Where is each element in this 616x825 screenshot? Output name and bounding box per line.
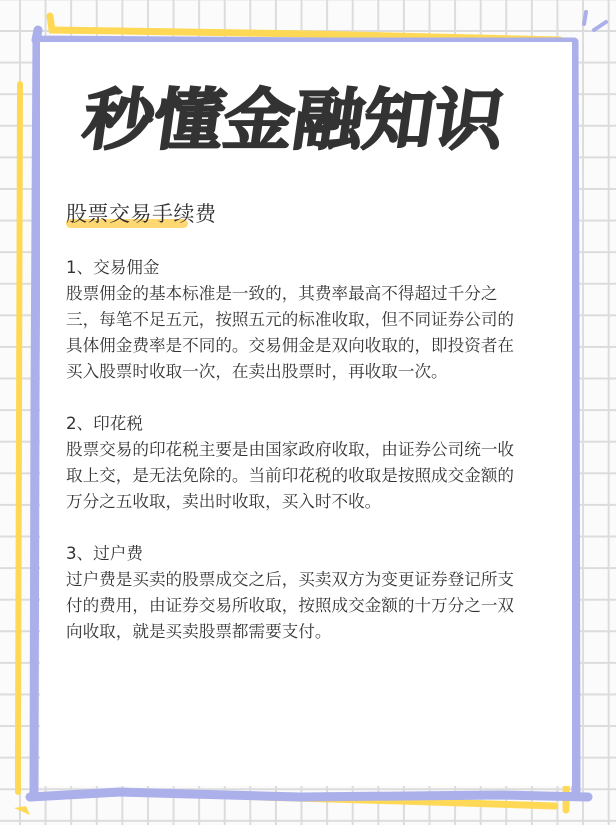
paragraph-line: 取上交，是无法免除的。当前印花税的收取是按照成交金额的 — [66, 463, 536, 489]
page-title: 秒懂金融知识 — [78, 80, 551, 160]
paragraph-line: 过户费是买卖的股票成交之后，买卖双方为变更证券登记所支 — [66, 567, 536, 593]
paragraph-line: 付的费用，由证券交易所收取，按照成交金额的十万分之一双 — [66, 593, 536, 619]
subtitle: 股票交易手续费 — [66, 199, 217, 229]
section-commission: 1、交易佣金 股票佣金的基本标准是一致的，其费率最高不得超过千分之 三，每笔不足… — [66, 255, 536, 385]
subtitle-block: 股票交易手续费 — [66, 199, 217, 229]
paragraph-line: 三，每笔不足五元，按照五元的标准收取，但不同证券公司的 — [66, 307, 536, 333]
sparkle-marks — [584, 12, 606, 30]
section-heading: 3、过户费 — [66, 541, 536, 567]
yellow-corner-tip — [14, 806, 30, 815]
section-heading: 1、交易佣金 — [66, 255, 536, 281]
paragraph-line: 向收取，就是买卖股票都需要支付。 — [66, 619, 536, 645]
section-transfer-fee: 3、过户费 过户费是买卖的股票成交之后，买卖双方为变更证券登记所支 付的费用，由… — [66, 541, 536, 645]
paragraph-line: 万分之五收取，卖出时收取，买入时不收。 — [66, 489, 536, 515]
paragraph-line: 买入股票时收取一次，在卖出股票时，再收取一次。 — [66, 359, 536, 385]
paragraph-line: 股票交易的印花税主要是由国家政府收取，由证券公司统一收 — [66, 437, 536, 463]
section-heading: 2、印花税 — [66, 411, 536, 437]
article-body: 1、交易佣金 股票佣金的基本标准是一致的，其费率最高不得超过千分之 三，每笔不足… — [66, 255, 536, 671]
paragraph-line: 具体佣金费率是不同的。交易佣金是双向收取的，即投资者在 — [66, 333, 536, 359]
paragraph-line: 股票佣金的基本标准是一致的，其费率最高不得超过千分之 — [66, 281, 536, 307]
section-stamp-tax: 2、印花税 股票交易的印花税主要是由国家政府收取，由证券公司统一收 取上交，是无… — [66, 411, 536, 515]
